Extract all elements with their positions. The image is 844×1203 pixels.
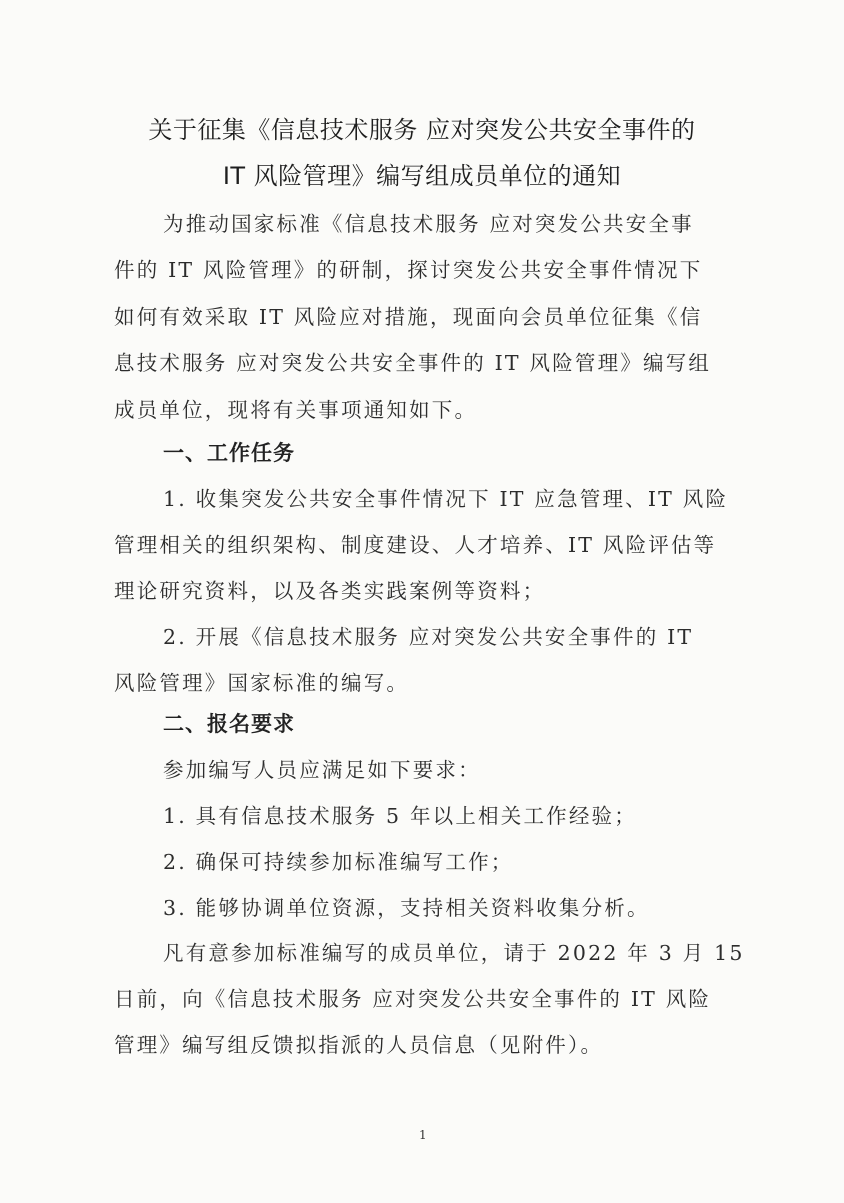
- task-line: 管理相关的组织架构、制度建设、人才培养、IT 风险评估等: [114, 528, 730, 558]
- intro-line: 如何有效采取 IT 风险应对措施，现面向会员单位征集《信: [114, 300, 730, 330]
- closing-line: 日前，向《信息技术服务 应对突发公共安全事件的 IT 风险: [114, 982, 730, 1012]
- intro-line: 为推动国家标准《信息技术服务 应对突发公共安全事: [163, 207, 779, 237]
- task-line: 理论研究资料，以及各类实践案例等资料；: [114, 574, 730, 604]
- document-title-line-2: IT 风险管理》编写组成员单位的通知: [0, 156, 844, 191]
- task-line: 风险管理》国家标准的编写。: [114, 666, 730, 696]
- closing-line: 管理》编写组反馈拟指派的人员信息（见附件）。: [114, 1028, 730, 1058]
- intro-line: 件的 IT 风险管理》的研制，探讨突发公共安全事件情况下: [114, 253, 730, 283]
- intro-line: 息技术服务 应对突发公共安全事件的 IT 风险管理》编写组: [114, 346, 730, 376]
- closing-line: 凡有意参加标准编写的成员单位，请于 2022 年 3 月 15: [163, 936, 779, 966]
- requirement-line: 3. 能够协调单位资源，支持相关资料收集分析。: [163, 891, 779, 921]
- task-line: 1. 收集突发公共安全事件情况下 IT 应急管理、IT 风险: [163, 482, 779, 512]
- document-title-line-1: 关于征集《信息技术服务 应对突发公共安全事件的: [0, 110, 844, 145]
- requirement-line: 1. 具有信息技术服务 5 年以上相关工作经验；: [163, 799, 779, 829]
- intro-line: 成员单位，现将有关事项通知如下。: [114, 393, 730, 423]
- requirement-line: 参加编写人员应满足如下要求：: [163, 753, 779, 783]
- page-number: 1: [419, 1128, 427, 1142]
- section-heading-requirements: 二、报名要求: [163, 708, 295, 738]
- task-line: 2. 开展《信息技术服务 应对突发公共安全事件的 IT: [163, 620, 779, 650]
- requirement-line: 2. 确保可持续参加标准编写工作；: [163, 845, 779, 875]
- section-heading-tasks: 一、工作任务: [163, 437, 295, 467]
